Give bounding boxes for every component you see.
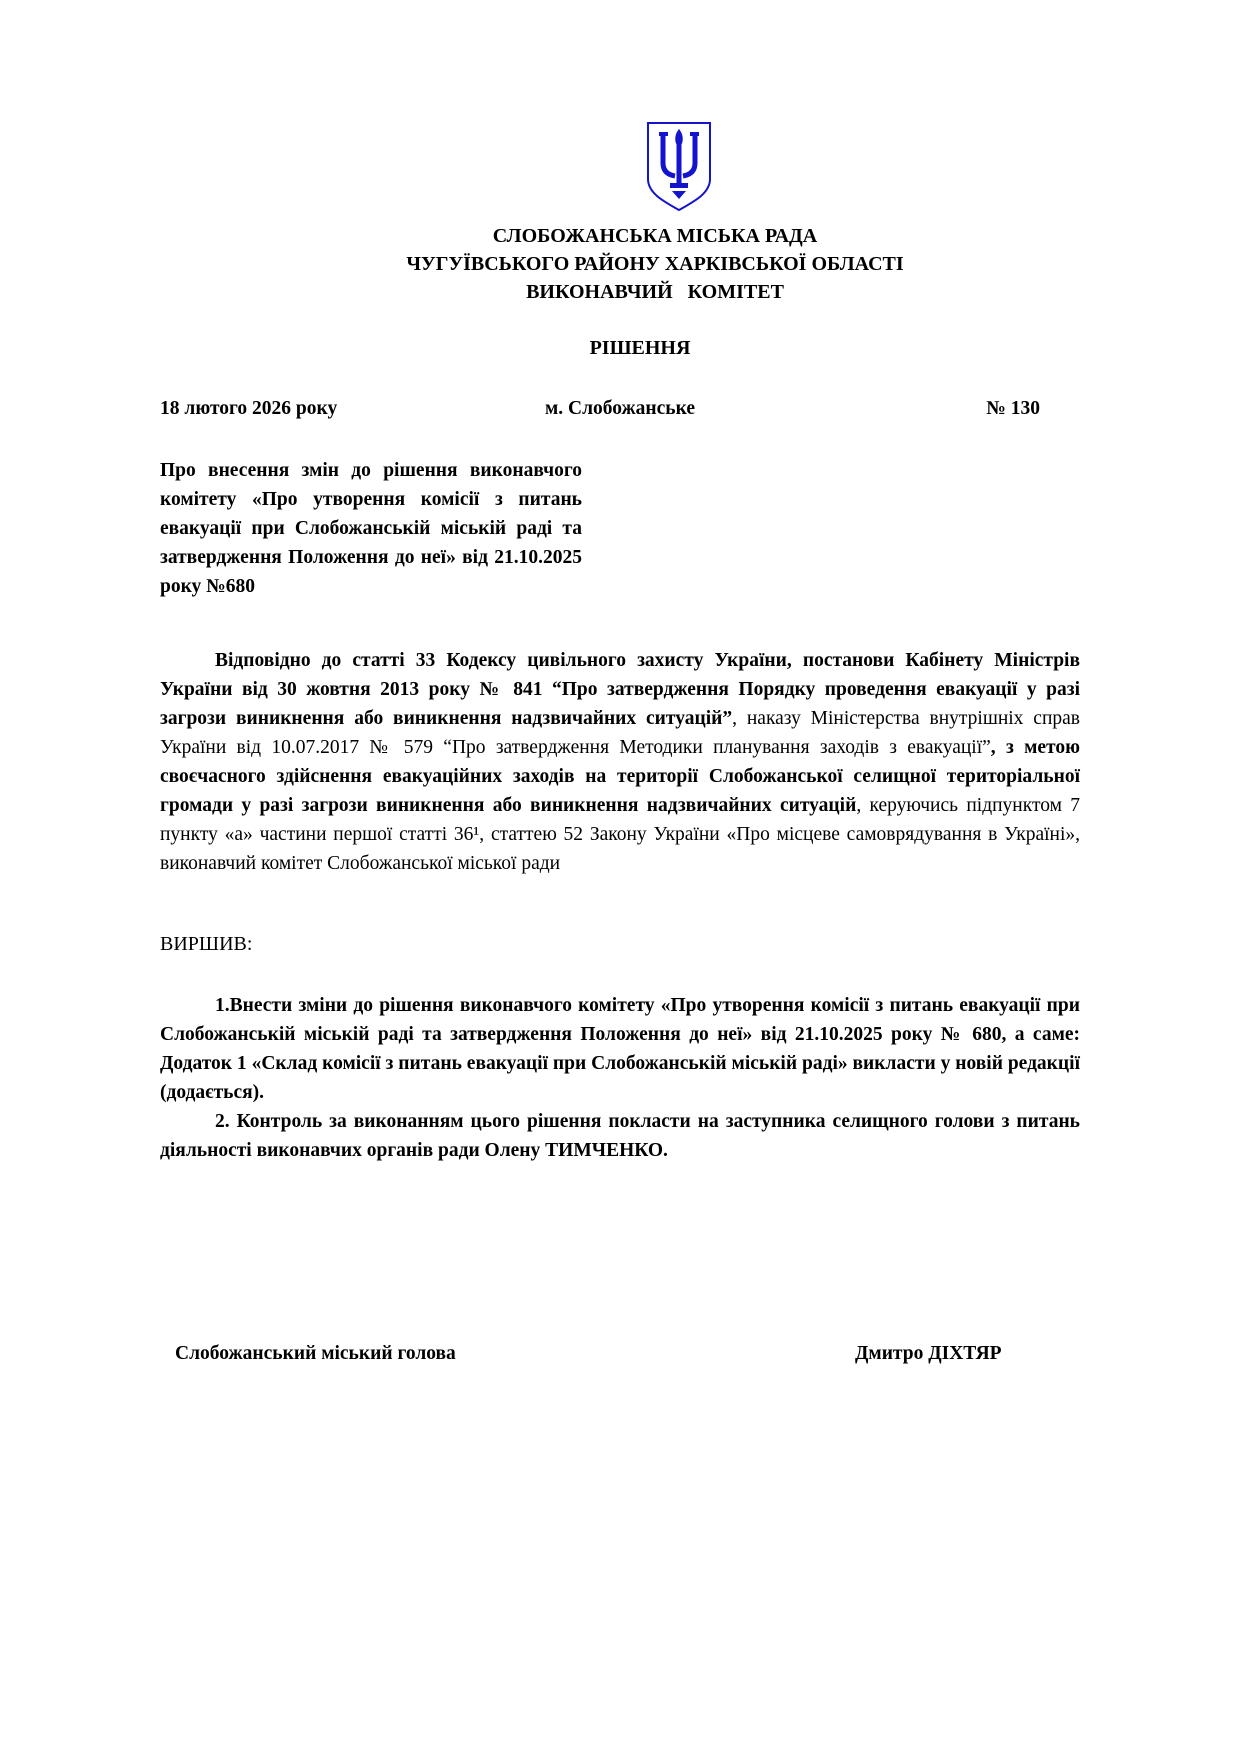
document-subject: Про внесення змін до рішення виконавчого… <box>160 456 582 601</box>
preamble-paragraph: Відповідно до статті 33 Кодексу цивільно… <box>160 646 1080 878</box>
document-type-title: РІШЕННЯ <box>40 337 1240 360</box>
resolution-item-1: 1.Внести зміни до рішення виконавчого ко… <box>160 991 1080 1107</box>
resolution-item-2: 2. Контроль за виконанням цього рішення … <box>160 1107 1080 1165</box>
organization-header: СЛОБОЖАНСЬКА МІСЬКА РАДА ЧУГУЇВСЬКОГО РА… <box>70 222 1240 306</box>
document-number: № 130 <box>986 398 1040 420</box>
org-name-line3: ВИКОНАВЧИЙ КОМІТЕТ <box>70 278 1240 306</box>
resolved-label: ВИРШИВ: <box>160 933 252 956</box>
document-meta-row: 18 лютого 2026 року м. Слобожанське № 13… <box>160 398 1080 424</box>
org-name-line1: СЛОБОЖАНСЬКА МІСЬКА РАДА <box>70 222 1240 250</box>
signer-name: Дмитро ДІХТЯР <box>855 1343 1002 1365</box>
signature-row: Слобожанський міський голова Дмитро ДІХТ… <box>160 1343 1080 1369</box>
ukraine-trident-emblem <box>646 121 712 212</box>
signer-position: Слобожанський міський голова <box>175 1343 456 1365</box>
document-page: СЛОБОЖАНСЬКА МІСЬКА РАДА ЧУГУЇВСЬКОГО РА… <box>0 0 1240 1754</box>
resolution-items: 1.Внести зміни до рішення виконавчого ко… <box>160 991 1080 1165</box>
document-place: м. Слобожанське <box>160 398 1080 420</box>
trident-icon <box>646 121 712 212</box>
org-name-line2: ЧУГУЇВСЬКОГО РАЙОНУ ХАРКІВСЬКОЇ ОБЛАСТІ <box>70 250 1240 278</box>
